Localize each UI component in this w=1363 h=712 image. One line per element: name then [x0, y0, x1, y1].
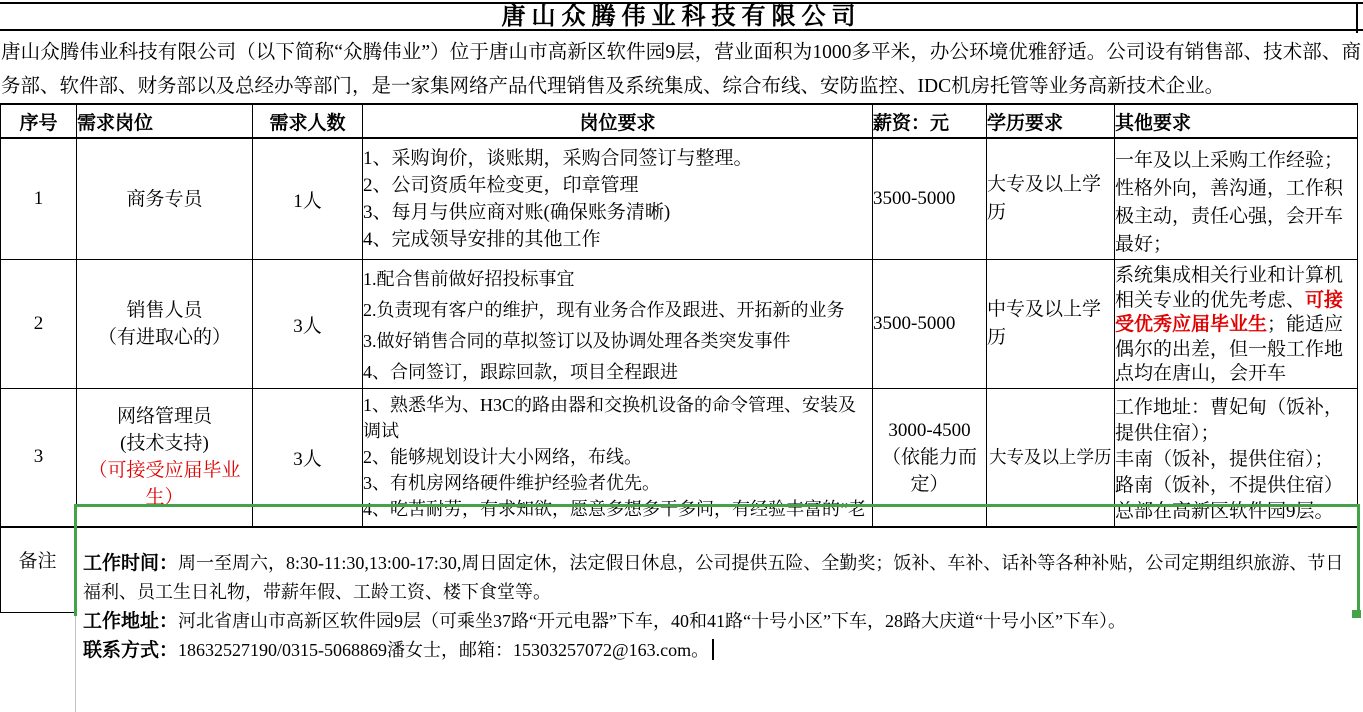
requirements-list: 1、采购询价，谈账期，采购合同签订与整理。 2、公司资质年检变更，印章管理 3、… [363, 139, 872, 253]
header-col-no[interactable]: 序号 [1, 104, 77, 138]
requirement-item: 2、公司资质年检变更，印章管理 [363, 172, 872, 199]
requirement-item: 4、合同签订，跟踪回款，项目全程跟进 [363, 357, 872, 388]
cell-row-number[interactable]: 2 [1, 260, 77, 389]
requirement-item: 1、采购询价，谈账期，采购合同签订与整理。 [363, 145, 872, 172]
cell-other-requirements[interactable]: 一年及以上采购工作经验；性格外向，善沟通，工作积极主动，责任心强，会开车最好； [1115, 138, 1358, 260]
requirement-item: 2、能够规划设计大小网络，布线。 [363, 444, 872, 470]
title-cell-right-border [1356, 2, 1358, 33]
cell-position[interactable]: 销售人员 （有进取心的） [77, 260, 253, 389]
requirement-item: 1.配合售前做好招投标事宜 [363, 264, 872, 295]
requirement-item: 3.做好销售合同的草拟签订以及协调处理各类突发事件 [363, 326, 872, 357]
remarks-line-contact: 联系方式：18632527190/0315-5068869潘女士，邮箱：1530… [83, 636, 1355, 665]
cell-salary[interactable]: 3500-5000 [873, 260, 987, 389]
page-title: 唐山众腾伟业科技有限公司 [0, 2, 1363, 31]
requirements-list: 1.配合售前做好招投标事宜 2.负责现有客户的维护，现有业务合作及跟进、开拓新的… [363, 260, 872, 388]
cell-other-requirements[interactable]: 系统集成相关行业和计算机相关专业的优先考虑、可接受优秀应届毕业生；能适应偶尔的出… [1115, 260, 1358, 389]
text-cursor [712, 639, 714, 660]
remarks-line-work-time: 工作时间：周一至周六，8:30-11:30,13:00-17:30,周日固定休，… [83, 549, 1355, 607]
cell-row-number[interactable]: 1 [1, 138, 77, 260]
cell-position[interactable]: 商务专员 [77, 138, 253, 260]
remarks-line-text: 周一至周六，8:30-11:30,13:00-17:30,周日固定休，法定假日休… [83, 553, 1343, 602]
header-col-salary[interactable]: 薪资：元 [873, 104, 987, 138]
position-note: （有进取心的） [77, 324, 252, 351]
cell-headcount[interactable]: 3人 [253, 260, 363, 389]
position-name: 商务专员 [77, 186, 252, 213]
remarks-line-work-address: 工作地址：河北省唐山市高新区软件园9层（可乘坐37路“开元电器”下车，40和41… [83, 607, 1355, 636]
salary-range: 3000-4500 [873, 417, 986, 444]
requirement-item: 3、有机房网络硬件维护经验者优先。 [363, 470, 872, 496]
remarks-line-text: 18632527190/0315-5068869潘女士，邮箱：153032570… [178, 640, 709, 660]
position-name: 销售人员 [77, 297, 252, 324]
requirement-item: 2.负责现有客户的维护，现有业务合作及跟进、开拓新的业务 [363, 295, 872, 326]
position-note: (技术支持) [77, 430, 252, 457]
header-row: 序号 需求岗位 需求人数 岗位要求 薪资：元 学历要求 其他要求 [1, 104, 1358, 138]
remarks-label-cell[interactable]: 备注 [0, 507, 75, 613]
gridline [75, 616, 76, 712]
requirement-item: 3、每月与供应商对账(确保账务清晰) [363, 199, 872, 226]
requirement-item: 1、熟悉华为、H3C的路由器和交换机设备的命令管理、安装及调试 [363, 392, 872, 444]
header-col-requirements[interactable]: 岗位要求 [363, 104, 873, 138]
table-row: 1 商务专员 1人 1、采购询价，谈账期，采购合同签订与整理。 2、公司资质年检… [1, 138, 1358, 260]
header-col-education[interactable]: 学历要求 [987, 104, 1115, 138]
cell-salary[interactable]: 3500-5000 [873, 138, 987, 260]
remarks-content[interactable]: 工作时间：周一至周六，8:30-11:30,13:00-17:30,周日固定休，… [83, 549, 1355, 665]
cell-requirements[interactable]: 1、采购询价，谈账期，采购合同签订与整理。 2、公司资质年检变更，印章管理 3、… [363, 138, 873, 260]
salary-note: （依能力而定） [878, 444, 982, 498]
requirement-item: 4、完成领导安排的其他工作 [363, 226, 872, 253]
other-requirements-text: 一年及以上采购工作经验；性格外向，善沟通，工作积极主动，责任心强，会开车最好； [1115, 139, 1357, 259]
header-col-other[interactable]: 其他要求 [1115, 104, 1358, 138]
cell-education[interactable]: 中专及以上学历 [987, 260, 1115, 389]
remarks-line-text: 河北省唐山市高新区软件园9层（可乘坐37路“开元电器”下车，40和41路“十号小… [178, 611, 1126, 631]
remarks-line-label: 工作地址： [83, 611, 178, 632]
jobs-table: 序号 需求岗位 需求人数 岗位要求 薪资：元 学历要求 其他要求 1 商务专员 … [0, 103, 1358, 528]
cell-headcount[interactable]: 1人 [253, 138, 363, 260]
remarks-line-label: 联系方式： [83, 640, 178, 661]
cell-education[interactable]: 大专及以上学历 [987, 138, 1115, 260]
remarks-label: 备注 [18, 546, 56, 573]
position-name: 网络管理员 [77, 403, 252, 430]
header-col-position[interactable]: 需求岗位 [77, 104, 253, 138]
document-page: 唐山众腾伟业科技有限公司 唐山众腾伟业科技有限公司（以下简称“众腾伟业”）位于唐… [0, 0, 1363, 712]
cell-requirements[interactable]: 1.配合售前做好招投标事宜 2.负责现有客户的维护，现有业务合作及跟进、开拓新的… [363, 260, 873, 389]
header-col-headcount[interactable]: 需求人数 [253, 104, 363, 138]
other-requirements-text: 系统集成相关行业和计算机相关专业的优先考虑、可接受优秀应届毕业生；能适应偶尔的出… [1115, 260, 1357, 387]
remarks-line-label: 工作时间： [83, 553, 178, 574]
cell-row-number[interactable]: 3 [1, 389, 77, 527]
company-intro: 唐山众腾伟业科技有限公司（以下简称“众腾伟业”）位于唐山市高新区软件园9层，营业… [1, 36, 1361, 104]
table-row: 2 销售人员 （有进取心的） 3人 1.配合售前做好招投标事宜 2.负责现有客户… [1, 260, 1358, 389]
